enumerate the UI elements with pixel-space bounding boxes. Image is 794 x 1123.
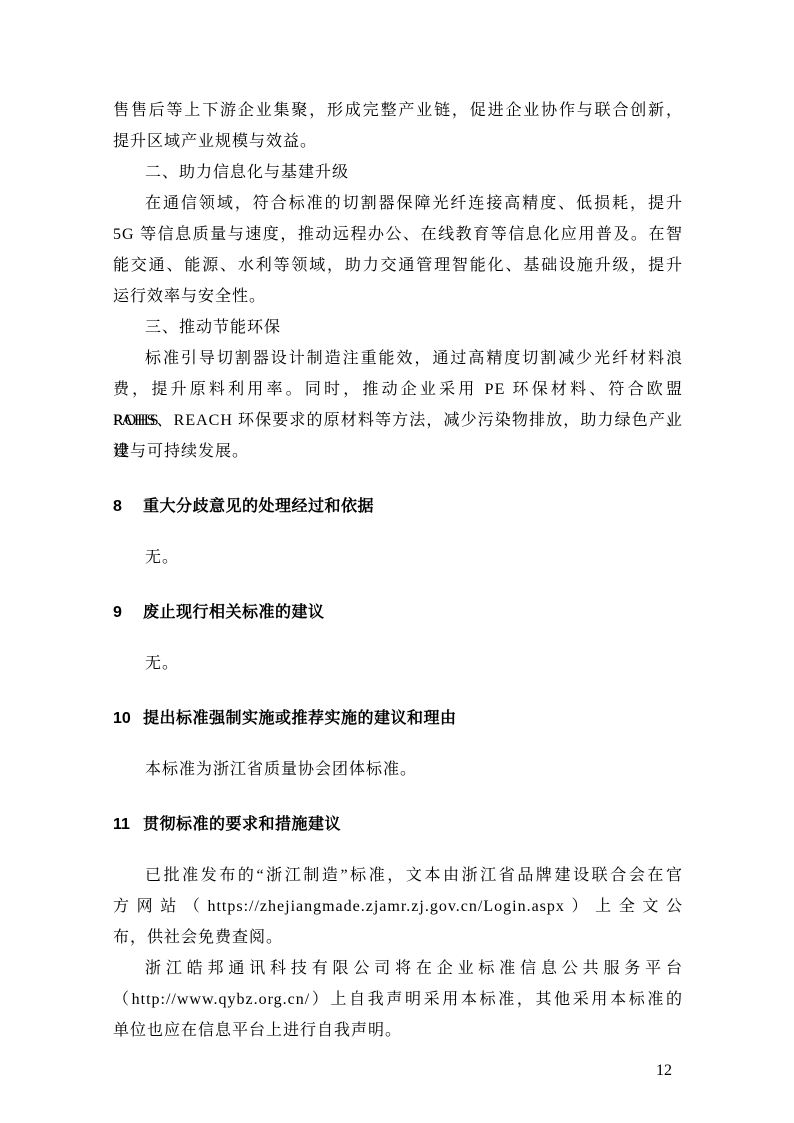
text-line: 设与可持续发展。 [113, 436, 683, 467]
text-line: PAHS、REACH 环保要求的原材料等方法，减少污染物排放，助力绿色产业建 [113, 405, 683, 436]
paragraph: 本标准为浙江省质量协会团体标准。 [113, 754, 683, 785]
section-title: 废止现行相关标准的建议 [143, 597, 325, 628]
subsection-heading: 三、推动节能环保 [113, 312, 683, 343]
paragraph: 在通信领域，符合标准的切割器保障光纤连接高精度、低损耗，提升 5G 等信息质量与… [113, 188, 683, 312]
paragraph: 浙江皓邦通讯科技有限公司将在企业标准信息公共服务平台 （http://www.q… [113, 953, 683, 1046]
paragraph: 标准引导切割器设计制造注重能效，通过高精度切割减少光纤材料浪 费，提升原料利用率… [113, 343, 683, 467]
text-line: 运行效率与安全性。 [113, 281, 683, 312]
text-line: 单位也应在信息平台上进行自我声明。 [113, 1015, 683, 1046]
section-number: 10 [113, 703, 143, 734]
section-number: 8 [113, 491, 143, 522]
section-number: 9 [113, 597, 143, 628]
document-page: 售售后等上下游企业集聚，形成完整产业链，促进企业协作与联合创新， 提升区域产业规… [0, 0, 794, 1123]
section-heading: 8 重大分歧意见的处理经过和依据 [113, 491, 683, 522]
text-line: 标准引导切割器设计制造注重能效，通过高精度切割减少光纤材料浪 [113, 343, 683, 374]
section-number: 11 [113, 809, 143, 840]
document-body: 售售后等上下游企业集聚，形成完整产业链，促进企业协作与联合创新， 提升区域产业规… [113, 95, 683, 1046]
text-line: 能交通、能源、水利等领域，助力交通管理智能化、基础设施升级，提升 [113, 250, 683, 281]
paragraph: 售售后等上下游企业集聚，形成完整产业链，促进企业协作与联合创新， 提升区域产业规… [113, 95, 683, 157]
page-number: 12 [656, 1059, 672, 1083]
subsection-heading: 二、助力信息化与基建升级 [113, 157, 683, 188]
paragraph: 无。 [113, 648, 683, 679]
section-title: 重大分歧意见的处理经过和依据 [143, 491, 374, 522]
section-heading: 11 贯彻标准的要求和措施建议 [113, 809, 683, 840]
section-title: 提出标准强制实施或推荐实施的建议和理由 [143, 703, 457, 734]
section-heading: 10 提出标准强制实施或推荐实施的建议和理由 [113, 703, 683, 734]
text-line: 售售后等上下游企业集聚，形成完整产业链，促进企业协作与联合创新， [113, 95, 683, 126]
text-line: 在通信领域，符合标准的切割器保障光纤连接高精度、低损耗，提升 [113, 188, 683, 219]
text-line: 方网站（https://zhejiangmade.zjamr.zj.gov.cn… [113, 891, 683, 922]
text-line: 5G 等信息质量与速度，推动远程办公、在线教育等信息化应用普及。在智 [113, 219, 683, 250]
text-line: （http://www.qybz.org.cn/）上自我声明采用本标准，其他采用… [113, 984, 683, 1015]
section-title: 贯彻标准的要求和措施建议 [143, 809, 341, 840]
text-line: 浙江皓邦通讯科技有限公司将在企业标准信息公共服务平台 [113, 953, 683, 984]
section-heading: 9 废止现行相关标准的建议 [113, 597, 683, 628]
text-line: 布，供社会免费查阅。 [113, 922, 683, 953]
text-line: 费，提升原料利用率。同时，推动企业采用 PE 环保材料、符合欧盟 ROHS、 [113, 374, 683, 405]
paragraph: 无。 [113, 542, 683, 573]
text-line: 已批准发布的“浙江制造”标准，文本由浙江省品牌建设联合会在官 [113, 860, 683, 891]
paragraph: 已批准发布的“浙江制造”标准，文本由浙江省品牌建设联合会在官 方网站（https… [113, 860, 683, 953]
text-line: 提升区域产业规模与效益。 [113, 126, 683, 157]
